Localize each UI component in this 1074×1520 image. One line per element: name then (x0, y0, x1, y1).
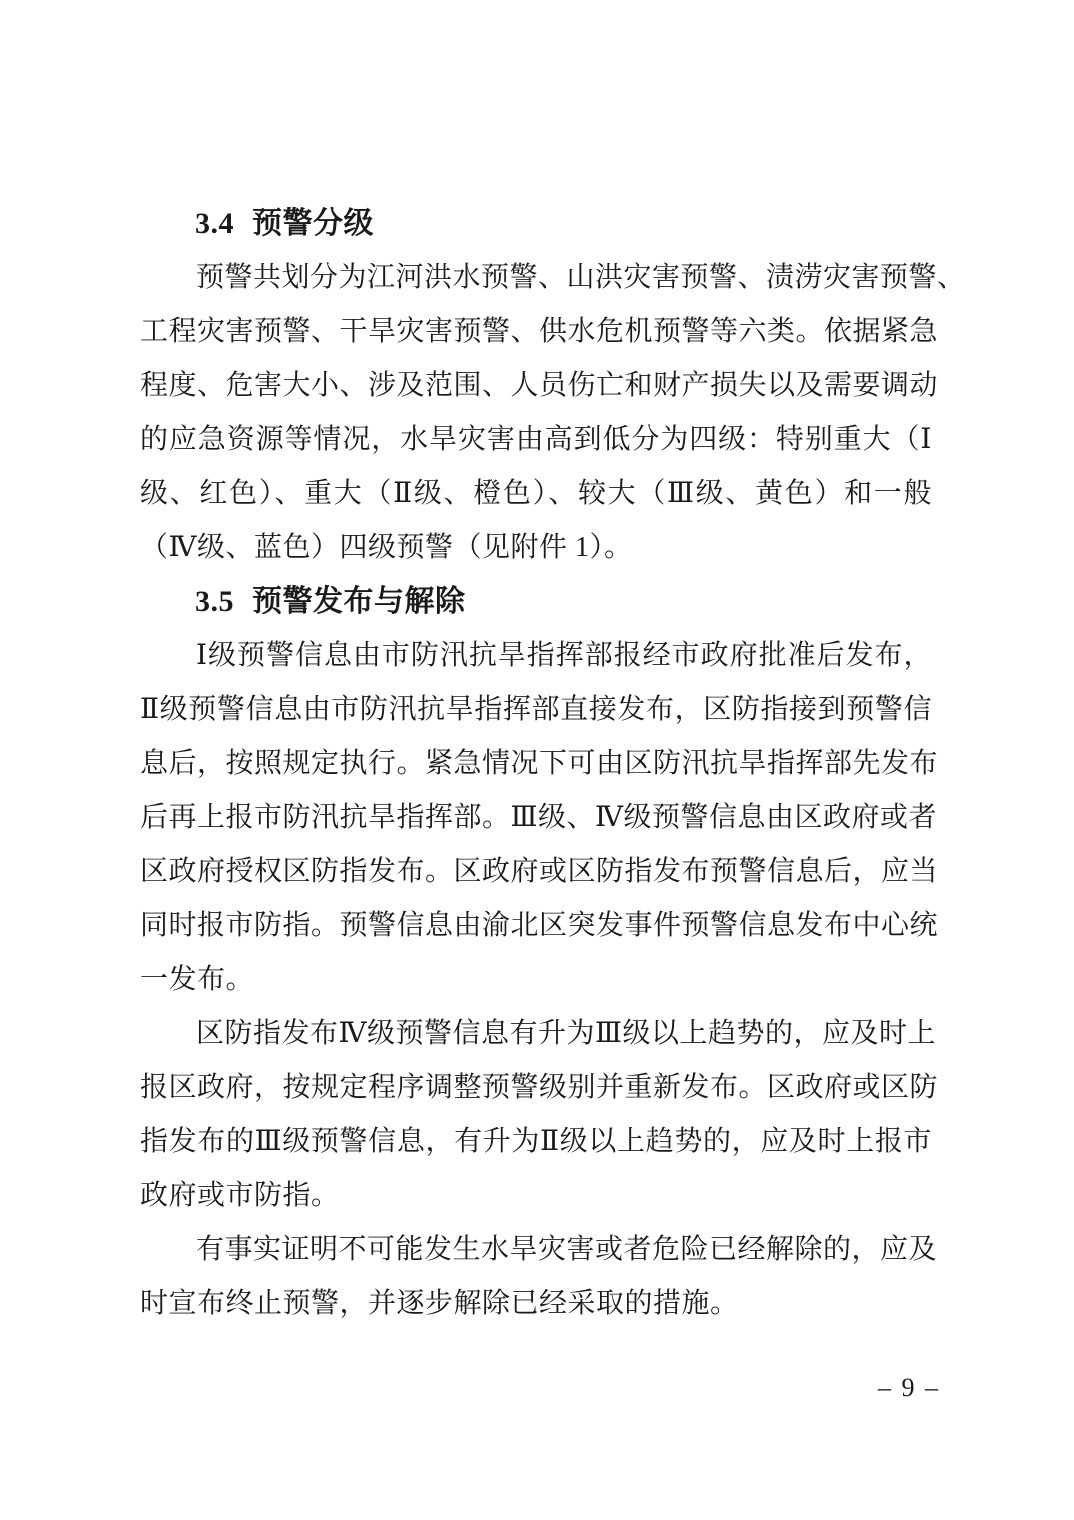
paragraph-line: （Ⅳ级、蓝色）四级预警（见附件 1）。 (140, 521, 932, 575)
page-number: – 9 – (878, 1368, 940, 1408)
paragraph-line: 程度、危害大小、涉及范围、人员伤亡和财产损失以及需要调动 (140, 359, 932, 413)
paragraph-line: Ⅰ级预警信息由市防汛抗旱指挥部报经市政府批准后发布， (140, 629, 932, 683)
paragraph-line: 级、红色）、重大（Ⅱ级、橙色）、较大（Ⅲ级、黄色）和一般 (140, 467, 932, 521)
paragraph-line: 息后，按照规定执行。紧急情况下可由区防汛抗旱指挥部先发布 (140, 737, 932, 791)
document-page: 3.4预警分级 预警共划分为江河洪水预警、山洪灾害预警、渍涝灾害预警、 工程灾害… (0, 0, 1074, 1520)
section-number: 3.4 (195, 207, 234, 240)
section-title: 预警分级 (252, 207, 374, 240)
paragraph-line: Ⅱ级预警信息由市防汛抗旱指挥部直接发布，区防指接到预警信 (140, 683, 932, 737)
paragraph-line: 工程灾害预警、干旱灾害预警、供水危机预警等六类。依据紧急 (140, 305, 932, 359)
paragraph-line: 有事实证明不可能发生水旱灾害或者危险已经解除的，应及 (140, 1223, 932, 1277)
paragraph-line: 区政府授权区防指发布。区政府或区防指发布预警信息后，应当 (140, 845, 932, 899)
paragraph-line: 一发布。 (140, 953, 932, 1007)
paragraph-line: 报区政府，按规定程序调整预警级别并重新发布。区政府或区防 (140, 1061, 932, 1115)
paragraph-line: 同时报市防指。预警信息由渝北区突发事件预警信息发布中心统 (140, 899, 932, 953)
paragraph-line: 区防指发布Ⅳ级预警信息有升为Ⅲ级以上趋势的，应及时上 (140, 1007, 932, 1061)
paragraph-line: 时宣布终止预警，并逐步解除已经采取的措施。 (140, 1277, 932, 1331)
paragraph-line: 指发布的Ⅲ级预警信息，有升为Ⅱ级以上趋势的，应及时上报市 (140, 1115, 932, 1169)
paragraph-line: 的应急资源等情况，水旱灾害由高到低分为四级：特别重大（Ⅰ (140, 413, 932, 467)
paragraph-line: 后再上报市防汛抗旱指挥部。Ⅲ级、Ⅳ级预警信息由区政府或者 (140, 791, 932, 845)
section-title: 预警发布与解除 (252, 585, 466, 618)
paragraph-line: 预警共划分为江河洪水预警、山洪灾害预警、渍涝灾害预警、 (140, 251, 932, 305)
document-body: 3.4预警分级 预警共划分为江河洪水预警、山洪灾害预警、渍涝灾害预警、 工程灾害… (140, 197, 932, 1331)
section-heading-3-5: 3.5预警发布与解除 (140, 575, 932, 629)
paragraph-line: 政府或市防指。 (140, 1169, 932, 1223)
section-number: 3.5 (195, 585, 234, 618)
section-heading-3-4: 3.4预警分级 (140, 197, 932, 251)
